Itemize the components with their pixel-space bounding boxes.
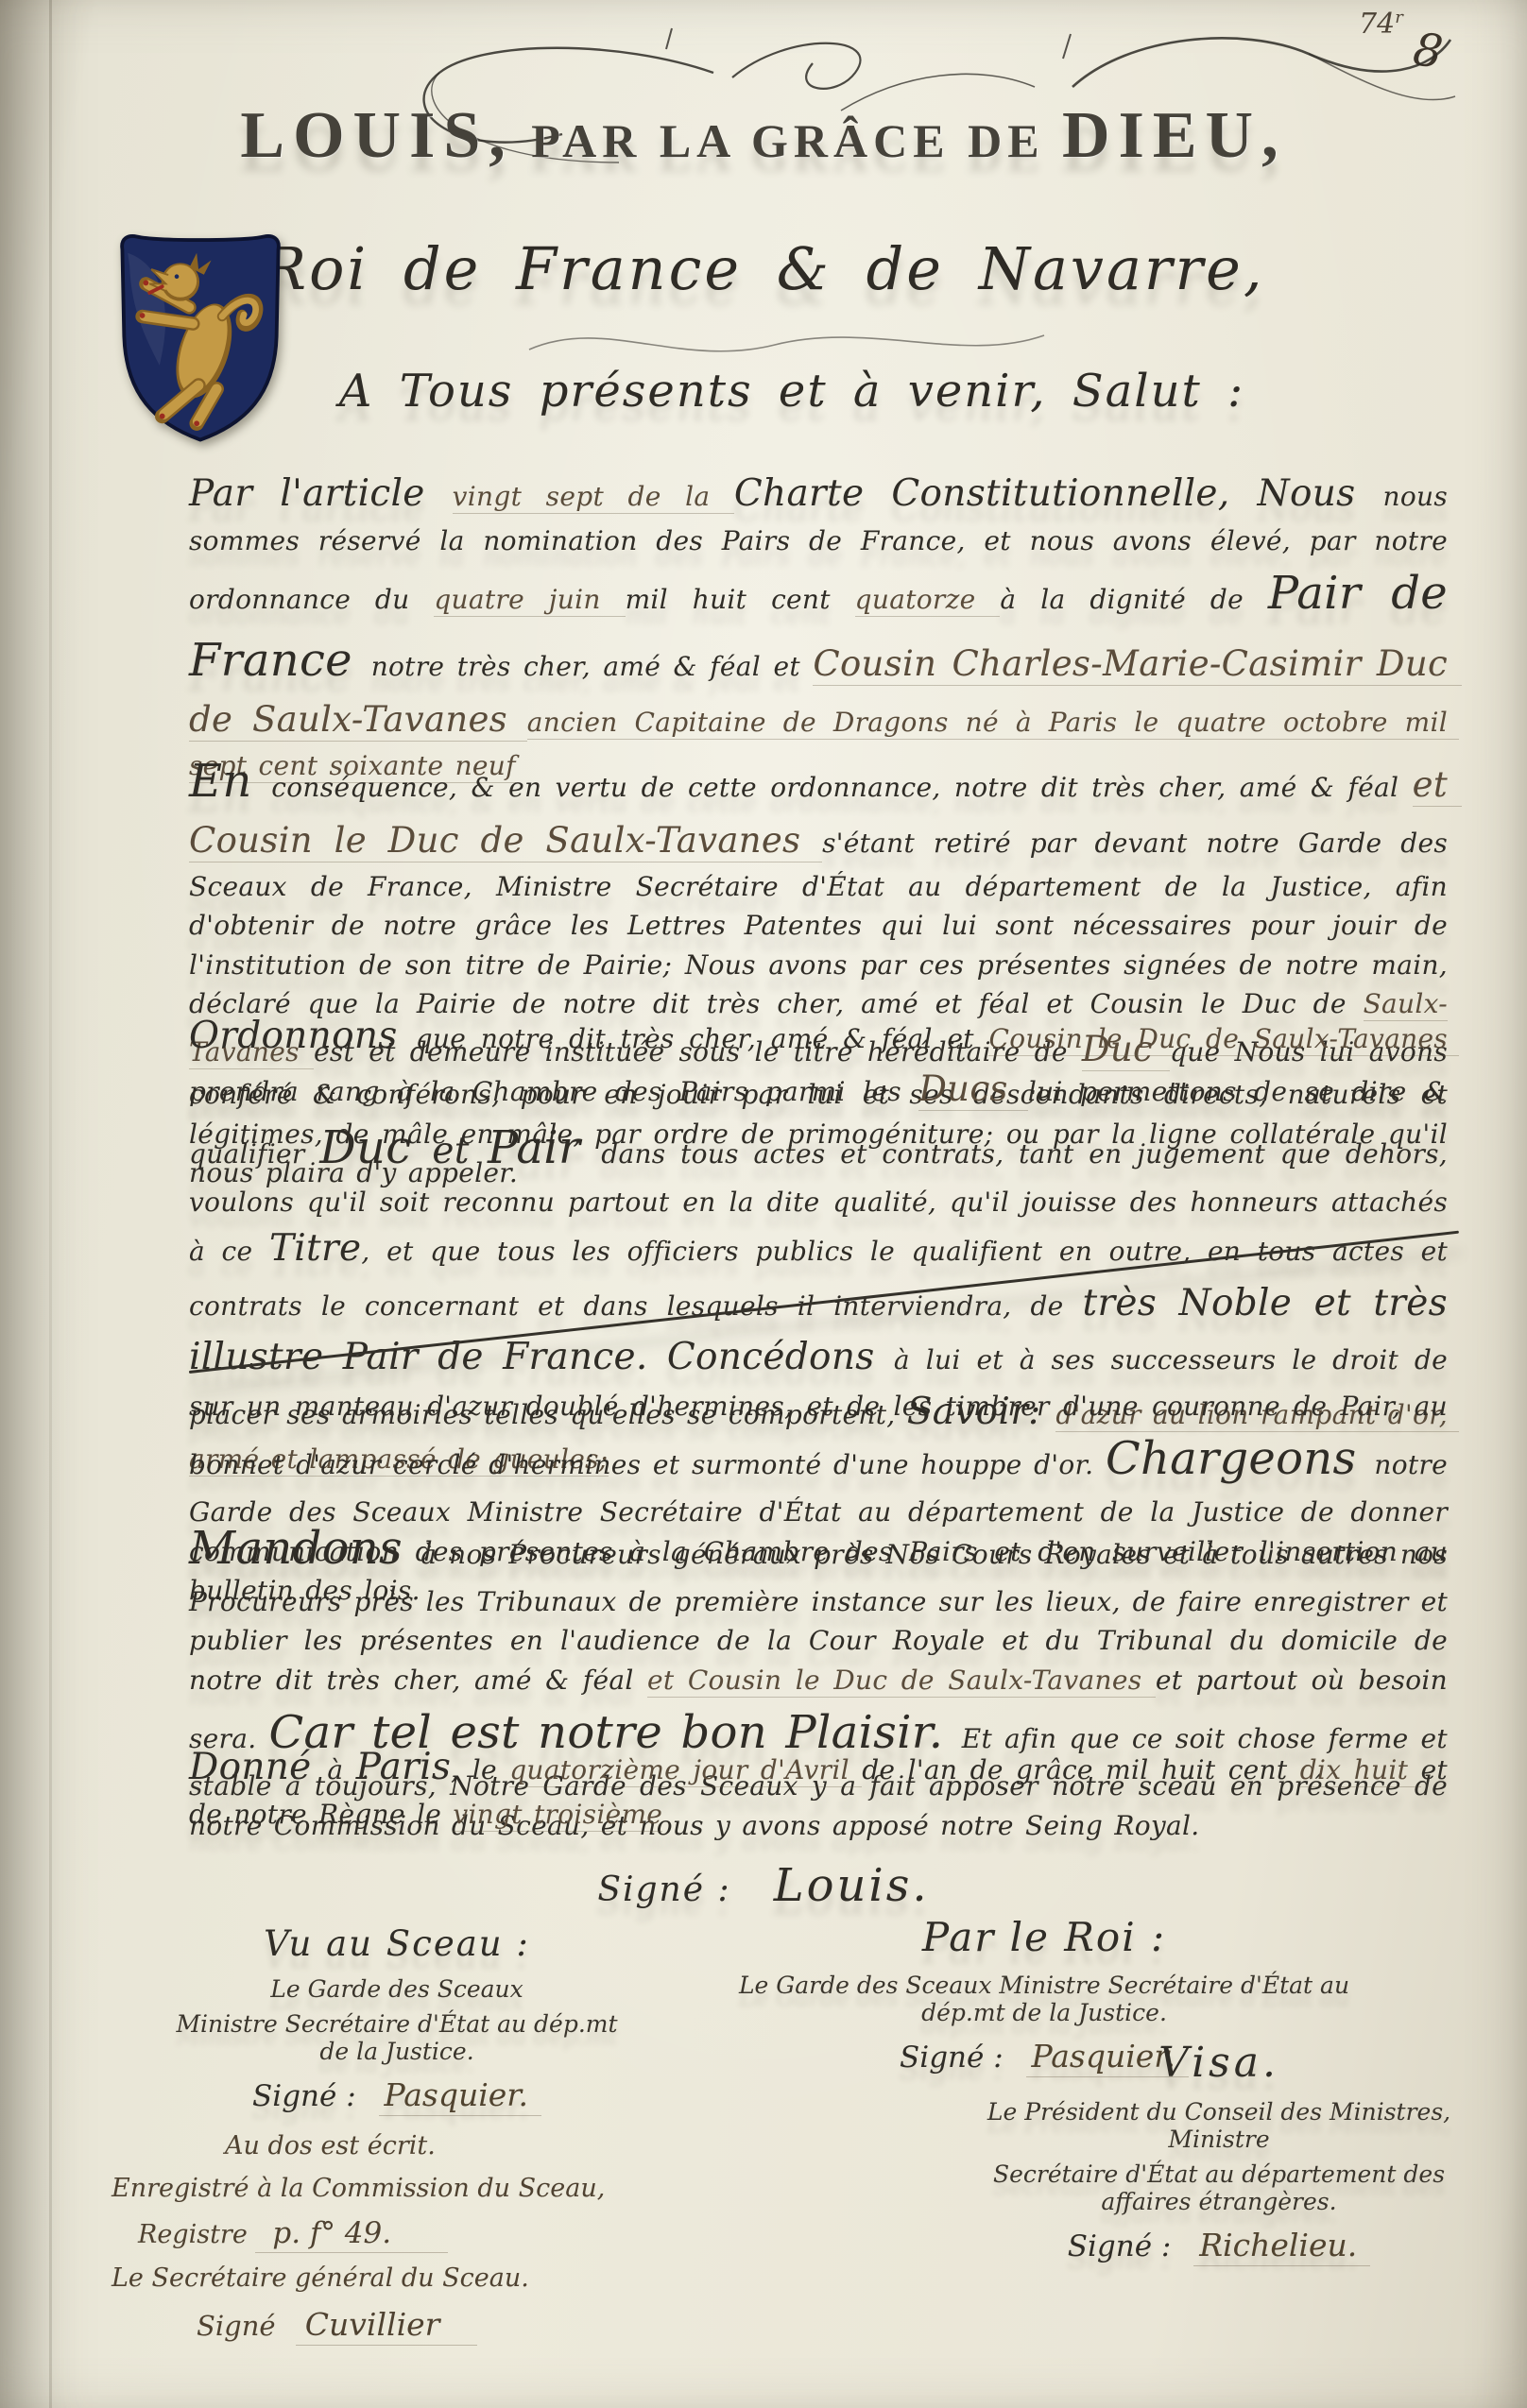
text-segment: de l'an de grâce mil huit cent [862, 1754, 1300, 1785]
text-segment: vingt troisième [453, 1799, 662, 1832]
registration-block: Au dos est écrit. Enregistré à la Commis… [112, 2118, 641, 2343]
registre-line: Registre p. f° 49. [138, 2216, 641, 2250]
preamble-paragraph: Par l'article vingt sept de la Charte Co… [189, 467, 1448, 785]
text-segment: quatre juin [434, 584, 625, 617]
text-segment: Charte Constitutionnelle, [734, 472, 1258, 515]
dateline: Donné à Paris, le quatorzième jour d'Avr… [189, 1740, 1448, 1834]
visa-line-2: Secrétaire d'État au département des aff… [945, 2160, 1493, 2215]
signe-label: Signé : [1068, 2229, 1172, 2263]
text-segment: conséquence, & en vertu de cette ordonna… [271, 772, 1412, 803]
cuvillier-signature-line: Signé Cuvillier [197, 2306, 641, 2343]
text-segment: Donné [189, 1746, 327, 1788]
signe-label: Signé [197, 2310, 276, 2342]
text-segment: , le [451, 1754, 509, 1785]
cuvillier-signature: Cuvillier [296, 2306, 478, 2346]
visa-title: Visa. [945, 2039, 1493, 2087]
visa-block: Visa. Le Président du Conseil des Minist… [945, 2039, 1493, 2263]
text-segment: Chargeons [1106, 1432, 1374, 1485]
text-segment: à la dignité de [1000, 584, 1267, 615]
intitulation-dieu: DIEU, [1062, 99, 1287, 172]
text-segment: Cousin le Duc de Saulx-Tavanes [988, 1023, 1459, 1056]
text-segment: En [189, 755, 271, 808]
text-segment: mil huit cent [626, 584, 855, 615]
seal-line-2: Ministre Secrétaire d'État au dép.mt de … [170, 2010, 624, 2065]
seal-attestation-block: Vu au Sceau : Le Garde des Sceaux Minist… [170, 1923, 624, 2113]
text-segment: Paris [356, 1746, 451, 1788]
intitulation-middle: PAR LA GRÂCE DE [514, 114, 1062, 167]
text-segment: quatorzième jour d'Avril [509, 1754, 862, 1787]
royal-intitulation: LOUIS, PAR LA GRÂCE DE DIEU, [0, 98, 1527, 174]
text-segment: et Cousin le Duc de Saulx-Tavanes [647, 1665, 1156, 1698]
text-segment: dix huit [1300, 1754, 1421, 1787]
text-segment: Ducs [918, 1068, 1028, 1111]
richelieu-signature: Richelieu. [1193, 2227, 1370, 2266]
vu-au-sceau-title: Vu au Sceau : [170, 1923, 624, 1964]
au-dos-line: Au dos est écrit. [225, 2131, 641, 2160]
coat-of-arms-saulx-tavanes [110, 225, 291, 452]
text-segment: et [432, 1130, 488, 1172]
text-segment: que notre dit très cher, amé & féal et [416, 1023, 989, 1054]
louis-signature: Louis. [774, 1859, 930, 1912]
text-segment: Nous [1258, 472, 1383, 515]
seal-line-1: Le Garde des Sceaux [170, 1975, 624, 2003]
enregistre-line: Enregistré à la Commission du Sceau, [112, 2174, 641, 2203]
royal-signature: Signé : Louis. [0, 1859, 1527, 1912]
text-segment: prendra rang à la Chambre des Pairs parm… [189, 1076, 918, 1107]
text-segment: à [327, 1754, 355, 1785]
page-fold-line [49, 0, 52, 2408]
par-le-roi-title: Par le Roi : [699, 1914, 1389, 1960]
king-line: Le Garde des Sceaux Ministre Secrétaire … [699, 1972, 1389, 2026]
text-segment: Par l'article [189, 472, 453, 515]
text-segment: vingt sept de la [453, 481, 734, 514]
secretaire-general-line: Le Secrétaire général du Sceau. [112, 2263, 641, 2293]
text-segment: Concédons [667, 1336, 894, 1378]
registre-label: Registre [138, 2220, 248, 2249]
intitulation-louis: LOUIS, [240, 99, 513, 172]
visa-line-1: Le Président du Conseil des Ministres, M… [945, 2098, 1493, 2153]
text-segment: Ordonnons [189, 1015, 416, 1057]
letters-patent-document: 74r 8 LOUIS, PAR LA GRÂCE DE DIEU, Roi d… [0, 0, 1527, 2408]
signe-label: Signé : [597, 1870, 730, 1909]
registre-folio-value: p. f° 49. [255, 2216, 448, 2253]
pasquier-signature: Pasquier. [379, 2076, 541, 2116]
text-segment: Duc [319, 1121, 432, 1174]
signe-label: Signé : [252, 2079, 356, 2113]
text-segment: Mandons [189, 1522, 420, 1575]
text-segment: Titre [269, 1227, 361, 1270]
text-segment: quatorze [855, 584, 1001, 617]
text-segment: Pair [488, 1121, 601, 1174]
text-segment: notre très cher, amé & féal et [371, 651, 814, 682]
